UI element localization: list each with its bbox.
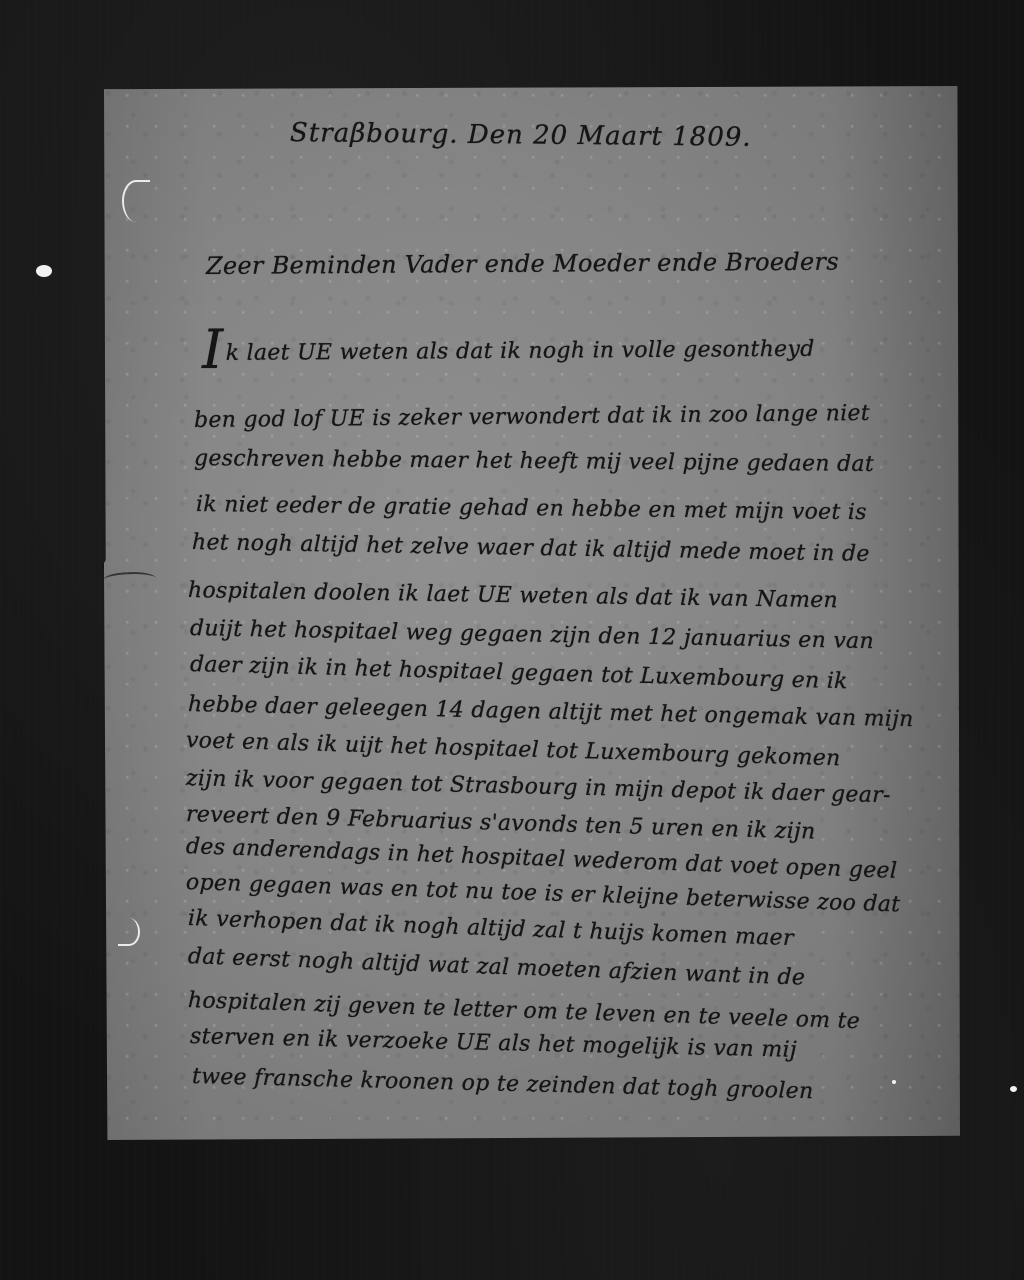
decorative-initial-letter: I	[202, 318, 224, 381]
scanned-letter-image: Straβbourg. Den 20 Maart 1809. Zeer Bemi…	[0, 0, 1024, 1280]
scan-artifact-speck	[36, 265, 52, 277]
scan-artifact-fiber	[122, 180, 150, 222]
letter-body-line-1: Ik laet UE weten als dat ik nogh in voll…	[202, 314, 815, 381]
scan-artifact-speck	[1010, 1086, 1017, 1092]
scan-artifact-speck	[892, 1080, 896, 1084]
scan-artifact-fiber	[118, 918, 140, 946]
letter-dateline: Straβbourg. Den 20 Maart 1809.	[290, 118, 752, 153]
letter-salutation: Zeer Beminden Vader ende Moeder ende Bro…	[206, 248, 839, 280]
letter-body-text: k laet UE weten als dat ik nogh in volle…	[226, 337, 815, 366]
